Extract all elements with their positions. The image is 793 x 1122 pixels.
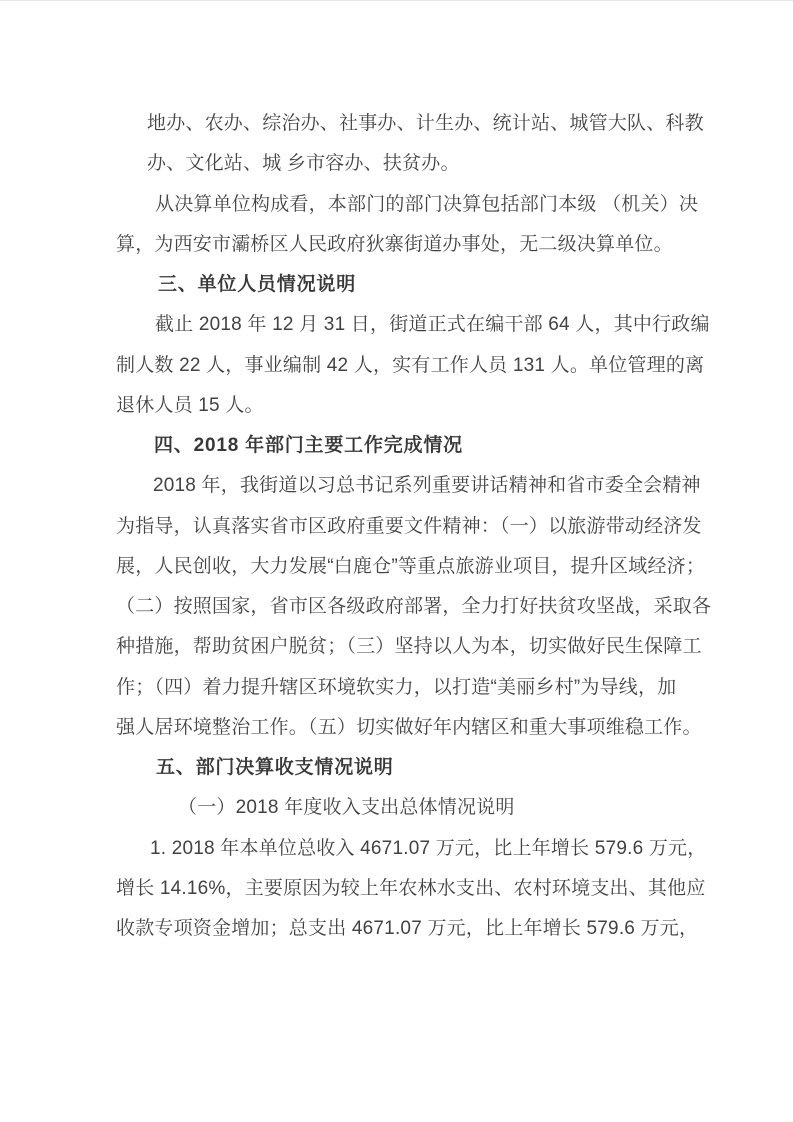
document-text-line: 制人数 22 人，事业编制 42 人，实有工作人员 131 人。单位管理的离 xyxy=(116,346,788,386)
section-heading-line: 三、单位人员情况说明 xyxy=(116,265,788,305)
document-text-line: 办、文化站、城 乡市容办、扶贫办。 xyxy=(116,144,788,184)
document-text-line: 1. 2018 年本单位总收入 4671.07 万元，比上年增长 579.6 万… xyxy=(116,829,788,869)
document-text-line: 地办、农办、综治办、社事办、计生办、统计站、城管大队、科教 xyxy=(116,104,788,144)
document-text-line: 强人居环境整治工作。（五）切实做好年内辖区和重大事项维稳工作。 xyxy=(116,708,788,748)
section-heading-line: 四、2018 年部门主要工作完成情况 xyxy=(116,426,788,466)
document-text-line: （一）2018 年度收入支出总体情况说明 xyxy=(116,788,788,828)
document-text-line: 增长 14.16%，主要原因为较上年农林水支出、农村环境支出、其他应 xyxy=(116,869,788,909)
document-text-line: 退休人员 15 人。 xyxy=(116,386,788,426)
document-page: 地办、农办、综治办、社事办、计生办、统计站、城管大队、科教办、文化站、城 乡市容… xyxy=(0,0,793,1122)
document-text-line: 从决算单位构成看，本部门的部门决算包括部门本级 （机关）决 xyxy=(116,185,788,225)
document-text-line: 收款专项资金增加；总支出 4671.07 万元，比上年增长 579.6 万元， xyxy=(116,909,788,949)
document-text-line: （二）按照国家，省市区各级政府部署，全力打好扶贫攻坚战，采取各 xyxy=(116,587,788,627)
document-text-line: 为指导，认真落实省市区政府重要文件精神：（一）以旅游带动经济发 xyxy=(116,507,788,547)
document-text-line: 算，为西安市灞桥区人民政府狄寨街道办事处，无二级决算单位。 xyxy=(116,225,788,265)
document-text-line: 2018 年，我街道以习总书记系列重要讲话精神和省市委全会精神 xyxy=(116,466,788,506)
section-heading-line: 五、部门决算收支情况说明 xyxy=(116,748,788,788)
document-text-line: 种措施，帮助贫困户脱贫；（三）坚持以人为本，切实做好民生保障工 xyxy=(116,627,788,667)
document-body: 地办、农办、综治办、社事办、计生办、统计站、城管大队、科教办、文化站、城 乡市容… xyxy=(116,104,788,949)
page-top-edge xyxy=(0,0,793,1)
document-text-line: 作；（四）着力提升辖区环境软实力，以打造“美丽乡村”为导线，加 xyxy=(116,668,788,708)
document-text-line: 展，人民创收，大力发展“白鹿仓”等重点旅游业项目，提升区域经济； xyxy=(116,547,788,587)
document-text-line: 截止 2018 年 12 月 31 日，街道正式在编干部 64 人，其中行政编 xyxy=(116,305,788,345)
